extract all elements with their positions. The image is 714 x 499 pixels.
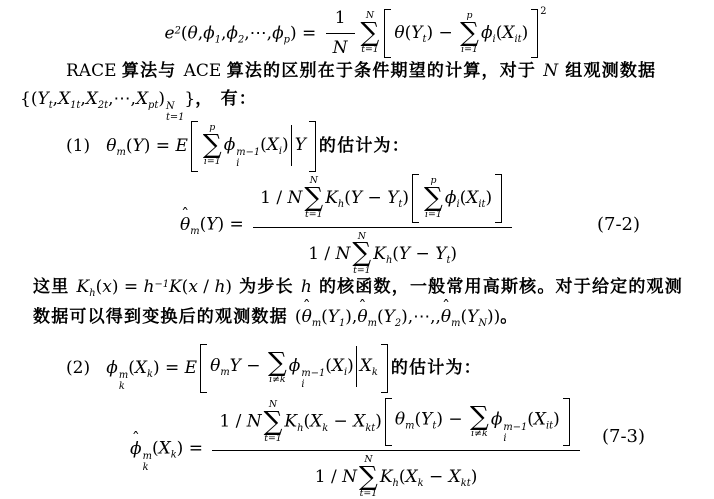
sigma-icon: ∑ <box>424 187 443 210</box>
math-roman: ) − <box>436 409 468 429</box>
math-roman: ) = <box>217 215 249 235</box>
bracket-group: p∑i=1ϕi(Xit) <box>412 174 502 223</box>
math-roman: − <box>328 412 353 432</box>
math-var: Y <box>467 307 478 327</box>
math-var: X <box>449 467 461 487</box>
math-roman: 1 <box>335 8 346 28</box>
cjk-text: 的核函数，一般常用高斯核。对于给定的观测 <box>312 277 683 297</box>
math-var: Y <box>411 23 422 43</box>
math-roman: ( <box>128 358 135 378</box>
math-var: K <box>373 243 386 263</box>
math-roman: ( <box>399 467 406 487</box>
math-roman: − <box>410 243 435 263</box>
summation-sign: p∑i=1 <box>203 123 222 168</box>
math-roman: − <box>424 467 449 487</box>
fraction-denominator: 1 / NN∑t=1Kh(Xk − Xkt) <box>212 451 579 499</box>
document-page: e2(θ,ϕ1,ϕ2,⋯,ϕp) = 1NN∑t=1θ(Yt) − p∑i=1ϕ… <box>0 0 714 499</box>
bracket-group: θmY − ∑i≠kϕm−1i(Xi)Xk <box>200 344 388 393</box>
math-roman: ),⋯,, <box>401 307 441 327</box>
math-sub: k <box>119 382 125 393</box>
bracket-group: p∑i=1ϕm−1i(Xi)Y <box>191 121 316 172</box>
left-bracket-icon <box>385 398 392 446</box>
math-fraction: 1 / NN∑t=1Kh(Y − Yt)p∑i=1ϕi(Xit)1 / NN∑t… <box>253 172 512 278</box>
cjk-text: 这里 <box>33 277 77 297</box>
math-roman: ) <box>347 356 354 376</box>
math-roman: ) = <box>177 439 209 459</box>
equation-7-3: ϕˆmk(Xk) = 1 / NN∑t=1Kh(Xk − Xkt)θm(Yt) … <box>130 396 584 499</box>
math-subscript: pt <box>148 100 158 111</box>
math-var: ϕ <box>203 23 215 43</box>
math-var: Y <box>206 215 217 235</box>
summation-sign: p∑i=1 <box>460 11 479 56</box>
math-subscript: kt <box>365 423 375 434</box>
math-sub: i <box>236 159 239 170</box>
intro-paragraph-line-1: RACE 算法与 ACE 算法的区别在于条件期望的计算，对于 N 组观测数据 <box>66 61 656 82</box>
math-roman: ) <box>450 243 457 263</box>
math-var: E <box>175 136 187 156</box>
math-subscript: m <box>368 318 377 329</box>
sigma-icon: ∑ <box>352 242 371 265</box>
math-var: N <box>247 412 262 432</box>
right-bracket-icon <box>495 174 502 223</box>
sigma-icon: ∑ <box>361 22 380 45</box>
math-roman: 1 / <box>308 243 335 263</box>
math-var: X <box>135 358 147 378</box>
conditional-bar-icon <box>356 346 357 387</box>
math-var: K <box>77 277 90 297</box>
summation-sign: ∑i≠k <box>470 400 489 440</box>
math-roman: RACE <box>66 61 122 81</box>
math-roman: − <box>362 188 387 208</box>
math-var: Y <box>351 188 362 208</box>
math-roman: ) − <box>426 23 458 43</box>
cjk-text: 算法的区别在于条件期望的计算，对于 <box>227 61 544 81</box>
kernel-paragraph-line-1: 这里 Kh(x) = h−1K(x / h) 为步长 h 的核函数，一般常用高斯… <box>33 277 683 299</box>
math-var: x <box>188 277 198 297</box>
math-subscript: k <box>372 367 378 378</box>
math-var: ϕ <box>445 188 457 208</box>
right-bracket-icon <box>563 398 570 446</box>
math-roman: ) <box>522 23 529 43</box>
fraction-denominator: 1 / NN∑t=1Kh(Y − Yt) <box>253 228 512 279</box>
math-var: Y <box>387 188 398 208</box>
sum-lower-limit: i=1 <box>425 210 442 221</box>
math-var: X <box>360 356 372 376</box>
math-roman: ( <box>260 135 267 155</box>
math-var: X <box>466 188 478 208</box>
math-subscript: 2t <box>98 100 108 111</box>
math-supsub: m−1i <box>236 148 260 170</box>
math-roman: ,⋯, <box>244 23 272 43</box>
equation-label-7-2: (7-2) <box>597 214 640 237</box>
math-var: N <box>333 38 348 58</box>
hat-accent-icon: ˆ <box>132 429 140 449</box>
equation-7-2: θˆm(Y) = 1 / NN∑t=1Kh(Y − Yt)p∑i=1ϕi(Xit… <box>180 172 516 278</box>
fraction-numerator: 1 / NN∑t=1Kh(Xk − Xkt)θm(Yt) − ∑i≠kϕm−1i… <box>212 396 579 451</box>
math-hat: ϕˆ <box>130 439 142 460</box>
intro-paragraph-line-2: {(Yt,X1t,X2t,⋯,Xpt)Nt=1}， 有： <box>20 89 257 124</box>
math-roman: 1 / <box>260 188 287 208</box>
math-var: K <box>284 412 297 432</box>
math-roman: ( <box>392 243 399 263</box>
math-roman: ( <box>152 439 159 459</box>
math-var: ϕ <box>289 356 301 376</box>
math-subscript: kt <box>461 478 471 489</box>
hat-accent-icon: ˆ <box>181 205 189 225</box>
math-var: h <box>214 277 225 297</box>
math-roman: (2) <box>66 358 106 378</box>
cjk-text: 为步长 <box>232 277 301 297</box>
sum-lower-limit: i=1 <box>204 157 221 168</box>
math-var: θ <box>394 23 404 43</box>
math-var: X <box>86 89 98 109</box>
bracket-content: θm(Yt) − ∑i≠kϕm−1i(Xit) <box>392 398 563 446</box>
equation-label-7-3: (7-3) <box>602 426 645 449</box>
sum-lower-limit: i≠k <box>471 429 487 440</box>
math-var: X <box>502 23 514 43</box>
math-roman: ) <box>375 412 382 432</box>
math-roman: / <box>198 277 215 297</box>
math-var: h <box>301 277 312 297</box>
math-supsub: mk <box>119 371 128 393</box>
math-hat: θˆ <box>180 215 190 236</box>
sigma-icon: ∑ <box>470 406 489 429</box>
math-var: ϕ <box>491 409 503 429</box>
math-var: θ <box>187 23 197 43</box>
fraction-denominator: N <box>326 34 355 61</box>
fraction-numerator: 1 <box>326 6 355 34</box>
math-var: Y <box>133 136 144 156</box>
right-bracket-icon <box>531 9 538 58</box>
math-var: ϕ <box>481 23 493 43</box>
sigma-icon: ∑ <box>304 187 323 210</box>
math-supsub: m−1i <box>301 369 325 391</box>
math-roman: ) <box>553 409 560 429</box>
math-roman: ( <box>377 307 384 327</box>
sigma-icon: ∑ <box>460 22 479 45</box>
math-sub: i <box>301 380 304 391</box>
right-bracket-icon <box>381 344 388 393</box>
conditional-bar-icon <box>291 125 292 166</box>
math-var: θ <box>210 356 220 376</box>
math-roman: 1 / <box>219 412 246 432</box>
math-var: Y <box>435 243 446 263</box>
math-var: Y <box>295 135 306 155</box>
math-subscript: m <box>451 318 460 329</box>
math-subscript: it <box>514 34 521 45</box>
math-var: ϕ <box>226 23 238 43</box>
math-var: X <box>406 467 418 487</box>
math-sup: m−1 <box>301 369 325 380</box>
math-superscript: −1 <box>154 279 169 290</box>
math-var: K <box>325 188 338 208</box>
math-roman: ( <box>321 307 328 327</box>
sigma-icon: ∑ <box>359 466 378 489</box>
sigma-icon: ∑ <box>203 134 222 157</box>
math-roman: ) = <box>290 23 322 43</box>
left-bracket-icon <box>412 174 419 223</box>
kernel-paragraph-line-2: 数据可以得到变换后的观测数据 (θˆm(Y1),θˆm(Y2),⋯,,θˆm(Y… <box>33 307 518 329</box>
math-fraction: 1N <box>326 6 355 62</box>
hat-accent-icon: ˆ <box>358 297 366 317</box>
math-roman: ,⋯, <box>108 89 136 109</box>
math-roman: ) = <box>144 136 176 156</box>
math-subscript: m <box>312 318 321 329</box>
sum-lower-limit: t=1 <box>305 210 323 221</box>
bracket-group: θ(Yt) − p∑i=1ϕi(Xit)2 <box>384 9 546 58</box>
math-hat: θˆ <box>357 307 367 328</box>
math-var: X <box>136 89 148 109</box>
math-roman: {( <box>20 89 37 109</box>
math-roman: ) <box>485 188 492 208</box>
math-roman: ) <box>158 89 165 109</box>
bracket-content: θmY − ∑i≠kϕm−1i(Xi)Xk <box>207 344 381 393</box>
math-roman: } <box>184 89 195 109</box>
math-var: ϕ <box>106 358 118 378</box>
math-var: N <box>336 243 351 263</box>
math-var: Y <box>230 356 241 376</box>
math-var: K <box>169 277 182 297</box>
sum-lower-limit: t=1 <box>264 434 282 445</box>
sum-lower-limit: i=1 <box>461 45 478 56</box>
math-var: ϕ <box>224 135 236 155</box>
math-var: X <box>159 439 171 459</box>
math-subscript: m <box>220 367 229 378</box>
math-roman: ) <box>471 467 478 487</box>
math-var: X <box>267 135 279 155</box>
math-var: K <box>380 467 393 487</box>
math-roman: (1) <box>66 136 106 156</box>
cjk-text: 的估计为： <box>319 136 410 156</box>
bracket-group: θm(Yt) − ∑i≠kϕm−1i(Xit) <box>385 398 570 446</box>
math-roman: ), <box>345 307 357 327</box>
summation-sign: N∑t=1 <box>264 400 283 445</box>
math-roman: ) <box>282 135 289 155</box>
math-roman: ( <box>126 136 133 156</box>
math-var: X <box>58 89 70 109</box>
cjk-text: ， 有： <box>195 89 257 109</box>
cjk-text: 组观测数据 <box>558 61 656 81</box>
math-roman: ) = <box>112 277 144 297</box>
math-var: N <box>288 188 303 208</box>
math-sup: m−1 <box>236 148 260 159</box>
bracket-content: p∑i=1ϕi(Xit) <box>419 174 495 223</box>
math-var: ϕ <box>272 23 284 43</box>
cjk-text: 数据可以得到变换后的观测数据 <box>33 307 295 327</box>
math-roman: ) <box>402 188 409 208</box>
bracket-superscript: 2 <box>540 6 546 18</box>
cjk-text: 的估计为： <box>391 358 482 378</box>
sum-lower-limit: t=1 <box>360 489 378 499</box>
math-roman: ( <box>527 409 534 429</box>
math-var: N <box>543 61 558 81</box>
math-var: Y <box>421 409 432 429</box>
math-roman: ACE <box>184 61 227 81</box>
sigma-icon: ∑ <box>264 411 283 434</box>
math-roman: − <box>241 356 266 376</box>
math-var: X <box>534 409 546 429</box>
left-bracket-icon <box>200 344 207 393</box>
math-var: Y <box>384 307 395 327</box>
math-var: X <box>310 412 322 432</box>
math-subscript: 1t <box>70 100 80 111</box>
cjk-text: 算法与 <box>122 61 184 81</box>
math-var: x <box>102 277 112 297</box>
sum-lower-limit: i≠k <box>269 375 285 386</box>
math-roman: ( <box>295 307 302 327</box>
right-bracket-icon <box>309 121 316 172</box>
math-supsub: mk <box>143 452 152 474</box>
math-subscript: N <box>478 318 487 329</box>
math-supsub: m−1i <box>503 423 527 445</box>
math-hat: θˆ <box>302 307 312 328</box>
math-sub: i <box>503 434 506 445</box>
summation-sign: N∑t=1 <box>304 176 323 221</box>
math-var: θ <box>106 136 116 156</box>
math-hat: θˆ <box>441 307 451 328</box>
sigma-icon: ∑ <box>268 352 287 375</box>
math-var: e <box>165 23 175 43</box>
summation-sign: N∑t=1 <box>359 455 378 499</box>
math-var: N <box>342 467 357 487</box>
left-bracket-icon <box>384 9 391 58</box>
left-bracket-icon <box>191 121 198 172</box>
summation-sign: N∑t=1 <box>361 11 380 56</box>
math-subscript: m <box>190 226 199 237</box>
item-1-line: (1) θm(Y) = Ep∑i=1ϕm−1i(Xi)Y的估计为： <box>66 121 410 172</box>
equation-top: e2(θ,ϕ1,ϕ2,⋯,ϕp) = 1NN∑t=1θ(Yt) − p∑i=1ϕ… <box>0 6 714 62</box>
math-roman: ) = <box>153 358 185 378</box>
math-sup: m−1 <box>503 423 527 434</box>
math-var: X <box>353 412 365 432</box>
math-roman: ( <box>325 356 332 376</box>
math-var: Y <box>37 89 48 109</box>
hat-accent-icon: ˆ <box>442 297 450 317</box>
math-roman: 1 / <box>315 467 342 487</box>
bracket-content: p∑i=1ϕm−1i(Xi)Y <box>198 121 309 172</box>
item-2-line: (2) ϕmk(Xk) = EθmY − ∑i≠kϕm−1i(Xi)Xk的估计为… <box>66 344 482 393</box>
math-subscript: m <box>117 147 126 158</box>
math-roman: ( <box>344 188 351 208</box>
hat-accent-icon: ˆ <box>303 297 311 317</box>
bracket-content: θ(Yt) − p∑i=1ϕi(Xit) <box>391 9 531 58</box>
math-var: X <box>332 356 344 376</box>
fraction-numerator: 1 / NN∑t=1Kh(Y − Yt)p∑i=1ϕi(Xit) <box>253 172 512 228</box>
math-roman: )) <box>487 307 500 327</box>
math-var: θ <box>395 409 405 429</box>
summation-sign: ∑i≠k <box>268 347 287 387</box>
summation-sign: N∑t=1 <box>352 232 371 277</box>
math-fraction: 1 / NN∑t=1Kh(Xk − Xkt)θm(Yt) − ∑i≠kϕm−1i… <box>212 396 579 499</box>
math-var: Y <box>399 243 410 263</box>
cjk-text: 。 <box>500 307 518 327</box>
sum-lower-limit: t=1 <box>353 266 371 277</box>
math-var: h <box>144 277 155 297</box>
sum-lower-limit: t=1 <box>361 45 379 56</box>
math-var: E <box>185 358 197 378</box>
summation-sign: p∑i=1 <box>424 176 443 221</box>
math-var: Y <box>328 307 339 327</box>
math-sub: k <box>143 463 149 474</box>
